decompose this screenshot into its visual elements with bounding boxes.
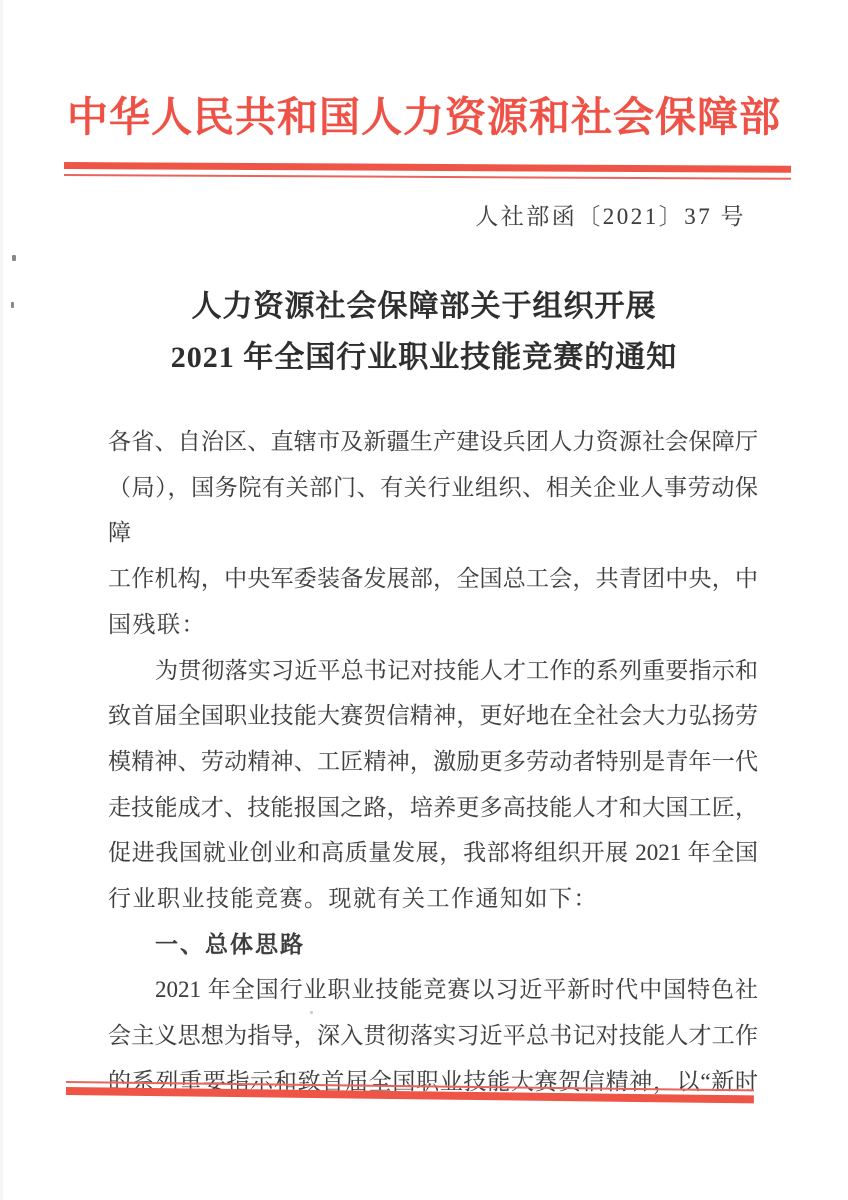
body-line: 各省、自治区、直辖市及新疆生产建设兵团人力资源社会保障厅 — [108, 419, 758, 465]
section-heading: 一、总体思路 — [108, 922, 758, 968]
body-line: 行业职业技能竞赛。现就有关工作通知如下： — [108, 876, 758, 922]
body-line: （局），国务院有关部门、有关行业组织、相关企业人事劳动保障 — [108, 465, 758, 556]
scan-speck — [11, 302, 14, 308]
body-line: 国残联： — [108, 602, 758, 648]
document-number: 人社部函〔2021〕37 号 — [475, 198, 746, 231]
body-line: 致首届全国职业技能大赛贺信精神，更好地在全社会大力弘扬劳 — [108, 693, 758, 739]
body-line: 2021 年全国行业职业技能竞赛以习近平新时代中国特色社 — [108, 967, 758, 1013]
notice-title: 人力资源社会保障部关于组织开展 2021 年全国行业职业技能竞赛的通知 — [94, 281, 754, 383]
body-line: 促进我国就业创业和高质量发展，我部将组织开展 2021 年全国 — [108, 830, 758, 876]
letterhead-divider — [64, 162, 791, 180]
scanned-document-page: 中华人民共和国人力资源和社会保障部 人社部函〔2021〕37 号 人力资源社会保… — [0, 0, 848, 1200]
body-line: 工作机构，中央军委装备发展部，全国总工会，共青团中央，中 — [108, 556, 758, 602]
scan-speck — [12, 255, 16, 261]
document-body: 各省、自治区、直辖市及新疆生产建设兵团人力资源社会保障厅 （局），国务院有关部门… — [108, 419, 758, 1105]
body-line: 为贯彻落实习近平总书记对技能人才工作的系列重要指示和 — [108, 648, 758, 694]
notice-title-line2: 2021 年全国行业职业技能竞赛的通知 — [94, 332, 754, 383]
letterhead-title: 中华人民共和国人力资源和社会保障部 — [0, 84, 848, 143]
notice-title-line1: 人力资源社会保障部关于组织开展 — [94, 281, 754, 332]
body-line: 会主义思想为指导，深入贯彻落实习近平总书记对技能人才工作 — [108, 1013, 758, 1059]
body-line: 模精神、劳动精神、工匠精神，激励更多劳动者特别是青年一代 — [108, 739, 758, 785]
scan-edge-artifact — [0, 0, 3, 1200]
body-line: 走技能成才、技能报国之路，培养更多高技能人才和大国工匠， — [108, 785, 758, 831]
